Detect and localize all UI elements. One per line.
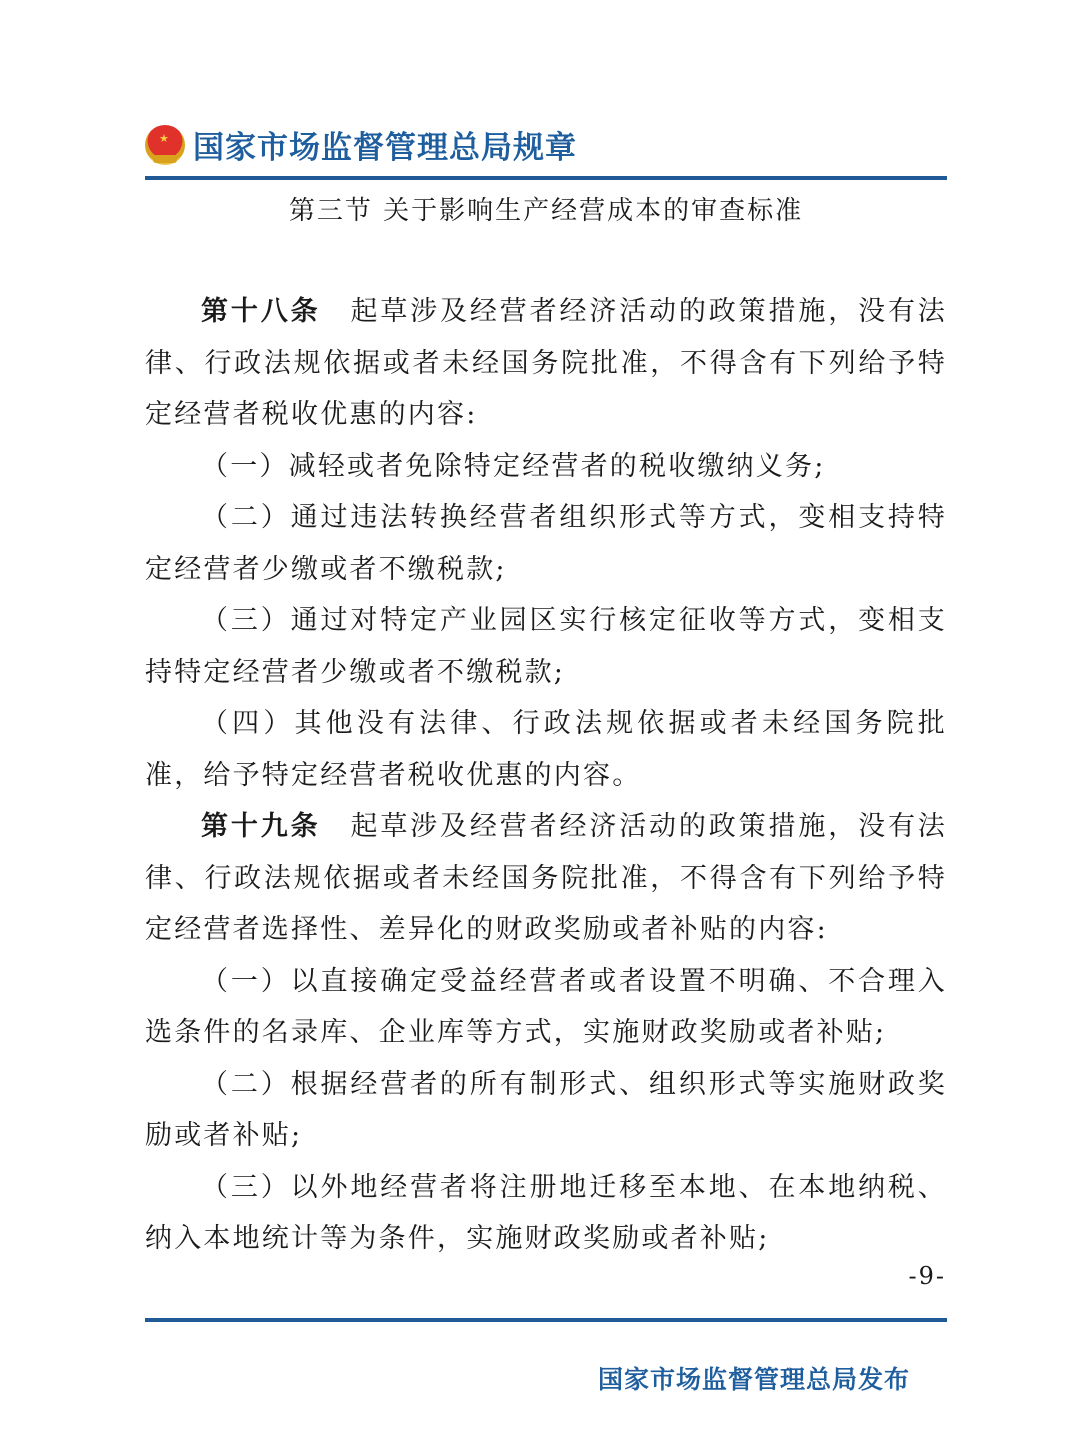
footer-publisher: 国家市场监督管理总局发布 [598, 1360, 910, 1396]
header-divider [145, 176, 947, 180]
article-19-intro: 第十九条起草涉及经营者经济活动的政策措施，没有法律、行政法规依据或者未经国务院批… [145, 801, 947, 956]
footer-divider [145, 1318, 947, 1322]
list-item: （二）根据经营者的所有制形式、组织形式等实施财政奖励或者补贴; [145, 1059, 947, 1162]
page-number: -9- [909, 1262, 947, 1290]
national-emblem-icon: ★ [145, 125, 185, 165]
list-item: （四）其他没有法律、行政法规依据或者未经国务院批准，给予特定经营者税收优惠的内容… [145, 698, 947, 801]
list-item: （一）减轻或者免除特定经营者的税收缴纳义务; [145, 441, 947, 493]
header-title: 国家市场监督管理总局规章 [193, 122, 577, 167]
list-item: （二）通过违法转换经营者组织形式等方式，变相支持特定经营者少缴或者不缴税款; [145, 492, 947, 595]
document-header: ★ 国家市场监督管理总局规章 [145, 122, 577, 167]
document-body: 第十八条起草涉及经营者经济活动的政策措施，没有法律、行政法规依据或者未经国务院批… [145, 286, 947, 1265]
article-number: 第十八条 [201, 296, 320, 327]
article-number: 第十九条 [201, 811, 320, 842]
list-item: （一）以直接确定受益经营者或者设置不明确、不合理入选条件的名录库、企业库等方式，… [145, 956, 947, 1059]
list-item: （三）以外地经营者将注册地迁移至本地、在本地纳税、纳入本地统计等为条件，实施财政… [145, 1162, 947, 1265]
article-18-intro: 第十八条起草涉及经营者经济活动的政策措施，没有法律、行政法规依据或者未经国务院批… [145, 286, 947, 441]
list-item: （三）通过对特定产业园区实行核定征收等方式，变相支持特定经营者少缴或者不缴税款; [145, 595, 947, 698]
section-title: 第三节 关于影响生产经营成本的审查标准 [0, 190, 1080, 227]
